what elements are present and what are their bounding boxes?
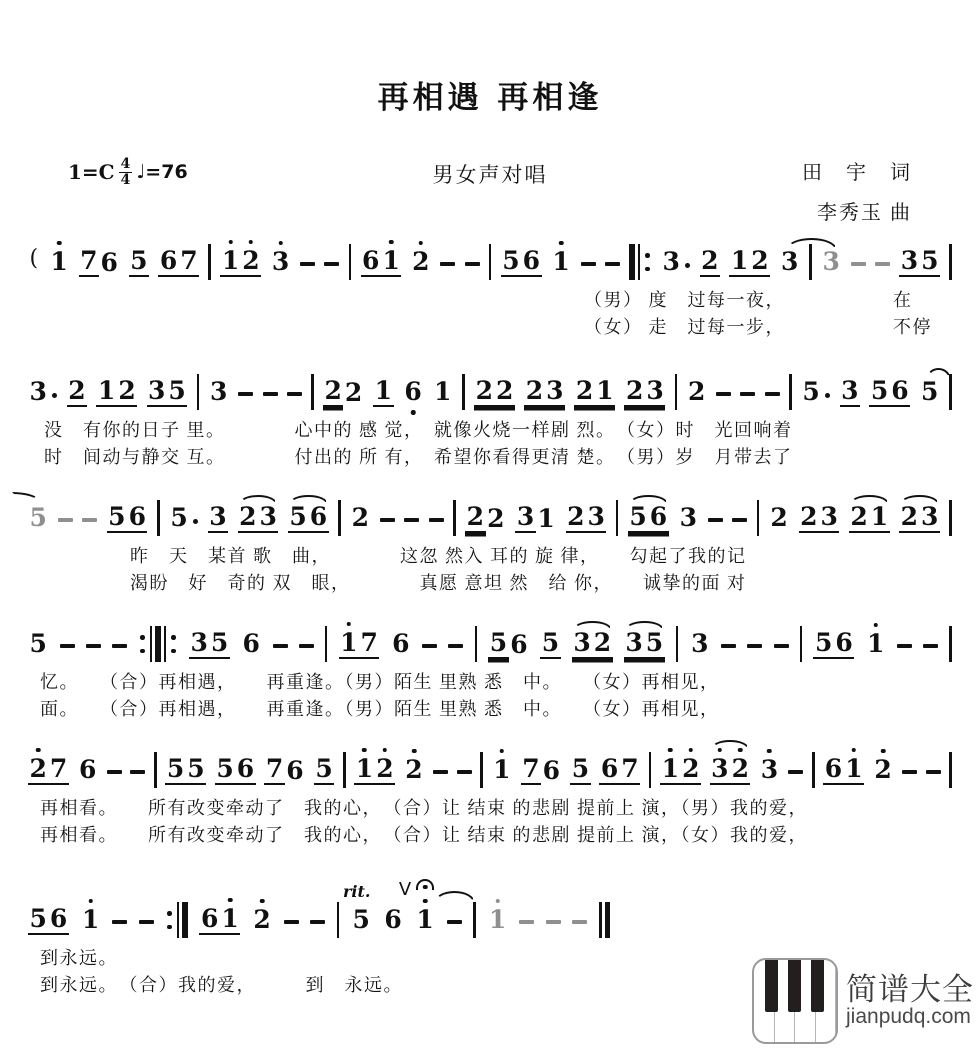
note: 32 — [710, 756, 751, 785]
note: 2 — [411, 249, 431, 276]
barline-single — [757, 500, 760, 536]
duration-dash — [774, 644, 789, 648]
note: 23 — [899, 504, 940, 533]
augmentation-dot — [825, 393, 830, 398]
note: 21 — [849, 504, 890, 533]
music-line: 55653235622231235632232123 — [28, 493, 952, 543]
barline-single — [489, 244, 492, 280]
music-line: 5616125rit.61V1 — [28, 895, 610, 945]
lyric-line: 没 有你的日子 里。 心中的 感 觉， 就像火烧一样剧 烈。 （女）时 光回响着 — [28, 417, 952, 444]
note: 3 — [690, 631, 710, 658]
note: 3 — [678, 505, 698, 532]
note: 76 — [79, 248, 120, 277]
note: 23 — [799, 504, 840, 533]
note: 5 — [801, 379, 830, 406]
note: 17 — [339, 630, 380, 659]
system: 535617656532353561忆。 （合）再相遇， 再重逢。（男）陌生 里… — [28, 619, 952, 723]
credits: 田 宇 词 李秀玉 曲 — [802, 153, 912, 233]
barline-single — [949, 244, 952, 280]
note: 3 — [209, 379, 229, 406]
score: (17656712361256132123335（男） 度 过每一夜， 在（女）… — [28, 237, 952, 999]
note: 67 — [158, 248, 199, 277]
note: 12 — [220, 248, 261, 277]
lyric-line: 昨 天 某首 歌 曲， 这忽 然入 耳的 旋 律， 勾起了我的记 — [28, 543, 952, 570]
note: 56 — [501, 248, 542, 277]
barline-single — [949, 752, 952, 788]
system: 276555676512217656712323612再相看。 所有改变牵动了 … — [28, 745, 952, 849]
duration-dash — [851, 262, 866, 266]
duration-dash — [107, 770, 122, 774]
lyric-line: 渴盼 好 奇的 双 眼， 真愿 意坦 然 给 你， 诚挚的面 对 — [28, 570, 952, 597]
duration-dash — [740, 392, 755, 396]
duration-dash — [112, 920, 127, 924]
duration-dash — [60, 644, 75, 648]
duration-dash — [897, 644, 912, 648]
lyric-line: 再相看。 所有改变牵动了 我的心， （合）让 结束 的悲剧 提前上 演，（男）我… — [28, 795, 952, 822]
note: 3 — [821, 249, 841, 276]
note: 3 — [208, 504, 228, 533]
duration-dash — [139, 920, 154, 924]
note: 1 — [80, 907, 100, 934]
barline-single — [949, 626, 952, 662]
note: 27 — [28, 756, 69, 785]
note: 3 — [759, 757, 779, 784]
system: 55653235622231235632232123昨 天 某首 歌 曲， 这忽… — [28, 493, 952, 597]
barline-lrep — [629, 244, 652, 280]
duration-dash — [440, 262, 455, 266]
note: 12 — [660, 756, 701, 785]
note: 2 — [404, 757, 424, 784]
duration-dash — [902, 770, 917, 774]
duration-dash — [447, 920, 462, 924]
duration-dash — [284, 920, 299, 924]
watermark-site: jianpudq.com — [846, 1006, 974, 1028]
note: 6 — [78, 757, 98, 784]
watermark: 简谱大全 jianpudq.com — [752, 958, 974, 1044]
note: 6 — [241, 631, 261, 658]
note: 31 — [515, 504, 556, 533]
barline-single — [949, 374, 952, 410]
music-line: (17656712361256132123335 — [28, 237, 952, 287]
duration-dash — [404, 518, 419, 522]
duration-dash — [875, 262, 890, 266]
duration-dash — [721, 644, 736, 648]
augmentation-dot — [193, 519, 198, 524]
note: 23 — [524, 378, 565, 407]
slur-arc — [573, 621, 612, 630]
barline-rrep — [165, 902, 188, 938]
tie-arc — [434, 891, 475, 903]
note: 56 — [813, 630, 854, 659]
lyric-line: （女） 走 过每一步， 不停 — [28, 314, 952, 341]
duration-dash — [112, 644, 127, 648]
note: 5 — [28, 505, 48, 532]
lyric-line: （男） 度 过每一夜， 在 — [28, 287, 952, 314]
barline-single — [475, 626, 478, 662]
duration-dash — [263, 392, 278, 396]
note: 76 — [264, 756, 305, 785]
duration-dash — [765, 392, 780, 396]
duration-dash — [422, 644, 437, 648]
duration-dash — [310, 920, 325, 924]
note: 12 — [729, 248, 770, 277]
note: 32 — [572, 630, 613, 659]
note: 76 — [521, 756, 562, 785]
barline-single — [675, 374, 678, 410]
note: 5 — [169, 505, 198, 532]
note: 23 — [566, 504, 607, 533]
duration-dash — [429, 518, 444, 522]
barline-single — [311, 374, 314, 410]
duration-dash — [82, 518, 97, 522]
barline-single — [676, 626, 679, 662]
sheet-music-page: 再相遇 再相逢 1=C 4 4 ♩=76 男女声对唱 田 宇 词 李秀玉 曲 (… — [0, 0, 980, 1048]
slur-arc — [625, 621, 664, 630]
barline-fin — [599, 902, 610, 938]
note: 35 — [147, 378, 188, 407]
watermark-text: 简谱大全 jianpudq.com — [846, 974, 974, 1029]
slur-arc — [239, 495, 278, 504]
duration-dash — [788, 770, 803, 774]
augmentation-dot — [52, 393, 57, 398]
barline-single — [649, 752, 652, 788]
note: 3 — [779, 249, 799, 276]
barline-single — [349, 244, 352, 280]
note: 1V — [415, 907, 435, 934]
barline-single — [462, 374, 465, 410]
note: 56 — [869, 378, 910, 407]
note: 56 — [288, 504, 329, 533]
music-line: 276555676512217656712323612 — [28, 745, 952, 795]
note: 5 — [314, 756, 334, 785]
lyric-line: 忆。 （合）再相遇， 再重逢。（男）陌生 里熟 悉 中。 （女）再相见， — [28, 669, 952, 696]
note: 5 — [28, 631, 48, 658]
barline-single — [789, 374, 792, 410]
note: 12 — [96, 378, 137, 407]
slur-arc — [711, 740, 750, 749]
score-meta: 1=C 4 4 ♩=76 男女声对唱 田 宇 词 李秀玉 曲 — [28, 151, 952, 237]
note: 2 — [769, 505, 789, 532]
duration-dash — [380, 518, 395, 522]
composer: 李秀玉 曲 — [802, 193, 912, 233]
duration-dash — [238, 392, 253, 396]
note: 21 — [574, 378, 615, 407]
duration-dash — [457, 770, 472, 774]
note: 5 — [540, 630, 560, 659]
note: 61 — [199, 906, 240, 935]
barline-single — [343, 752, 346, 788]
barline-single — [800, 626, 803, 662]
duration-dash — [448, 644, 463, 648]
note: 2 — [700, 248, 720, 277]
duration-dash — [465, 262, 480, 266]
duration-dash — [926, 770, 941, 774]
note: 3 — [661, 249, 690, 276]
note: 61 — [361, 248, 402, 277]
note: 2 — [873, 757, 893, 784]
note: 1 — [551, 249, 571, 276]
note: 56 — [28, 906, 69, 935]
duration-dash — [572, 920, 587, 924]
barline-rlrep — [138, 626, 178, 662]
note: 6 — [391, 631, 411, 658]
barline-single — [154, 752, 157, 788]
duration-dash — [433, 770, 448, 774]
slur-arc — [900, 495, 939, 504]
lyric-line: 面。 （合）再相遇， 再重逢。（男）陌生 里熟 悉 中。 （女）再相见， — [28, 696, 952, 723]
system: (17656712361256132123335（男） 度 过每一夜， 在（女）… — [28, 237, 952, 341]
note: 1 — [865, 631, 885, 658]
note: 35 — [189, 630, 230, 659]
lyric-line: 时 间动与静交 互。 付出的 所 有， 希望你看得更清 楚。 （男）岁 月带去了 — [28, 444, 952, 471]
music-line: 535617656532353561 — [28, 619, 952, 669]
note: 3 — [28, 379, 57, 406]
duration-dash — [716, 392, 731, 396]
note: 1 — [49, 249, 69, 276]
breath-mark: V — [399, 879, 411, 900]
note: 6 — [383, 907, 403, 934]
note: 1 — [373, 378, 393, 407]
fermata-icon — [416, 879, 434, 890]
duration-dash — [605, 262, 620, 266]
piano-keys-icon — [752, 958, 838, 1044]
note: 56 — [488, 630, 529, 659]
duration-dash — [58, 518, 73, 522]
duration-dash — [708, 518, 723, 522]
note: 22 — [323, 378, 364, 407]
note: 56 — [215, 756, 256, 785]
duration-dash — [546, 920, 561, 924]
duration-dash — [86, 644, 101, 648]
barline-single — [157, 500, 160, 536]
barline-single — [949, 500, 952, 536]
song-title: 再相遇 再相逢 — [28, 0, 952, 117]
duration-dash — [581, 262, 596, 266]
duration-dash — [747, 644, 762, 648]
note: 2 — [252, 907, 272, 934]
note: 35 — [899, 248, 940, 277]
note: 67 — [599, 756, 640, 785]
barline-single — [337, 902, 340, 938]
note: 2 — [67, 378, 87, 407]
note: 1 — [433, 379, 453, 406]
duration-dash — [273, 644, 288, 648]
note: 3 — [270, 249, 290, 276]
barline-single — [338, 500, 341, 536]
open-paren: ( — [28, 248, 40, 276]
slur-arc — [850, 495, 889, 504]
barline-single — [453, 500, 456, 536]
note: 2 — [686, 379, 706, 406]
note: 5 — [919, 379, 939, 406]
barline-single — [812, 752, 815, 788]
barline-single — [480, 752, 483, 788]
music-line: 32123532216122232123253565 — [28, 367, 952, 417]
duration-dash — [324, 262, 339, 266]
barline-single — [325, 626, 328, 662]
barline-single — [809, 244, 812, 280]
slur-arc — [629, 495, 668, 504]
duration-dash — [299, 644, 314, 648]
watermark-brand: 简谱大全 — [846, 974, 974, 1007]
note: 5 — [129, 248, 149, 277]
duration-dash — [923, 644, 938, 648]
note: 22 — [465, 504, 506, 533]
note: 23 — [238, 504, 279, 533]
barline-single — [616, 500, 619, 536]
note: 22 — [474, 378, 515, 407]
note: 61 — [823, 756, 864, 785]
tie-arc-end — [12, 492, 40, 502]
duration-dash — [300, 262, 315, 266]
lyric-line: 再相看。 所有改变牵动了 我的心， （合）让 结束 的悲剧 提前上 演，（女）我… — [28, 822, 952, 849]
note: 23 — [624, 378, 665, 407]
note: 35 — [624, 630, 665, 659]
note: 56 — [107, 504, 148, 533]
note: 6 — [403, 379, 423, 406]
duration-dash — [732, 518, 747, 522]
rit-marking: rit. — [343, 882, 370, 901]
note: 5rit. — [351, 907, 371, 934]
note: 5 — [570, 756, 590, 785]
note: 1 — [492, 757, 512, 784]
note: 1 — [487, 907, 507, 934]
duration-dash — [130, 770, 145, 774]
duration-dash — [287, 392, 302, 396]
note: 56 — [628, 504, 669, 533]
system: 32123532216122232123253565没 有你的日子 里。 心中的… — [28, 367, 952, 471]
barline-single — [473, 902, 476, 938]
augmentation-dot — [685, 263, 690, 268]
slur-arc — [289, 495, 328, 504]
lyricist: 田 宇 词 — [802, 153, 912, 193]
note: 3 — [840, 378, 860, 407]
duration-dash — [519, 920, 534, 924]
note: 2 — [350, 505, 370, 532]
barline-single — [197, 374, 200, 410]
note: 55 — [165, 756, 206, 785]
barline-single — [208, 244, 211, 280]
note: 12 — [354, 756, 395, 785]
